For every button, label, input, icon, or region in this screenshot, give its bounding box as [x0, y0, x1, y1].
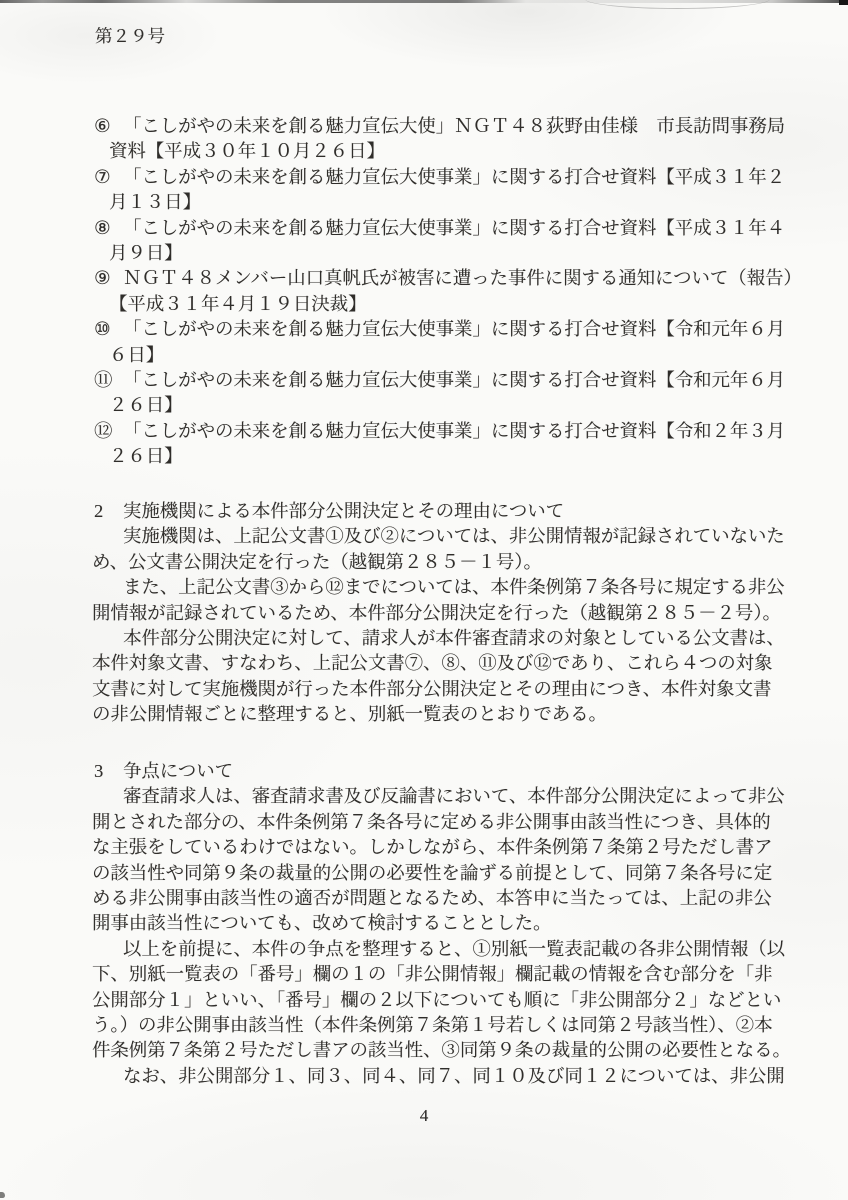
- body-text: 本件部分公開決定に対して、請求人が本件審査請求の対象としている公文書は、: [123, 628, 785, 648]
- list-item: ⑫ 「こしがやの未来を創る魅力宣伝大使事業」に関する打合せ資料【令和２年３月: [92, 419, 812, 444]
- body-line: 以上を前提に、本件の争点を整理すると、①別紙一覧表記載の各非公開情報（以: [92, 937, 812, 962]
- body-line: め、公文書公開決定を行った（越観第２８５－１号）。: [92, 550, 812, 575]
- body-line: の非公開情報ごとに整理すると、別紙一覧表のとおりである。: [92, 702, 812, 727]
- item-text: ＮＧＴ４８メンバー山口真帆氏が被害に遭った事件に関する通知について（報告）: [123, 268, 802, 288]
- item-text: ６日】: [109, 345, 164, 365]
- list-item: ⑥ 「こしがやの未来を創る魅力宣伝大使」ＮＧＴ４８荻野由佳様 市長訪問事務局: [92, 114, 812, 139]
- scanned-document-page: 第２９号 ⑥ 「こしがやの未来を創る魅力宣伝大使」ＮＧＴ４８荻野由佳様 市長訪問…: [0, 0, 848, 1200]
- list-item-continuation: 月９日】: [92, 241, 812, 266]
- list-item: ⑪ 「こしがやの未来を創る魅力宣伝大使事業」に関する打合せ資料【令和元年６月: [92, 368, 812, 393]
- list-item-continuation: ２６日】: [92, 444, 812, 469]
- body-text: め、公文書公開決定を行った（越観第２８５－１号）。: [92, 552, 542, 572]
- body-line: 件条例第７条第２号ただし書アの該当性、③同第９条の裁量的公開の必要性となる。: [92, 1038, 812, 1063]
- item-number: ⑩: [94, 317, 111, 342]
- item-text: 「こしがやの未来を創る魅力宣伝大使事業」に関する打合せ資料【平成３１年２: [123, 167, 785, 187]
- section-number: 2: [94, 499, 103, 524]
- body-text: 開情報が記録されているため、本件部分公開決定を行った（越観第２８５－２号）。: [92, 603, 781, 623]
- body-line: の該当性や同第９条の裁量的公開の必要性を論ずる前提として、同第７条各号に定: [92, 861, 812, 886]
- body-text: の該当性や同第９条の裁量的公開の必要性を論ずる前提として、同第７条各号に定: [92, 863, 772, 883]
- item-number: ⑦: [94, 165, 111, 190]
- scan-corner-artifact: [839, 0, 848, 5]
- body-text: 文書に対して実施機関が行った本件部分公開決定とその理由につき、本件対象文書: [92, 679, 771, 699]
- body-text: 本件対象文書、すなわち、上記公文書⑦、⑧、⑪及び⑫であり、これら４つの対象: [92, 653, 772, 673]
- body-text: なお、非公開部分１、同３、同４、同７、同１０及び同１２については、非公開: [123, 1066, 785, 1086]
- item-text: 「こしがやの未来を創る魅力宣伝大使事業」に関する打合せ資料【令和２年３月: [123, 421, 785, 441]
- item-text: ２６日】: [109, 395, 183, 415]
- body-text: な主張をしているわけではない。しかしながら、本件条例第７条第２号ただし書ア: [92, 837, 772, 857]
- list-item-continuation: ６日】: [92, 343, 812, 368]
- body-line: なお、非公開部分１、同３、同４、同７、同１０及び同１２については、非公開: [92, 1064, 812, 1089]
- item-number: ⑫: [94, 419, 112, 444]
- body-text: 開事由該当性についても、改めて検討することとした。: [92, 913, 551, 933]
- list-item-continuation: 資料【平成３０年１０月２６日】: [92, 139, 812, 164]
- item-text: 月９日】: [109, 243, 183, 263]
- body-line: 開事由該当性についても、改めて検討することとした。: [92, 911, 812, 936]
- body-line: める非公開事由該当性の適否が問題となるため、本答申に当たっては、上記の非公: [92, 886, 812, 911]
- section-heading-text: 実施機関による本件部分公開決定とその理由について: [123, 501, 564, 521]
- body-line: 下、別紙一覧表の「番号」欄の１の「非公開情報」欄記載の情報を含む部分を「非: [92, 962, 812, 987]
- body-line: 文書に対して実施機関が行った本件部分公開決定とその理由につき、本件対象文書: [92, 677, 812, 702]
- body-text: また、上記公文書③から⑫までについては、本件条例第７条各号に規定する非公: [123, 577, 785, 597]
- item-text: ２６日】: [109, 446, 183, 466]
- section-2: 2 実施機関による本件部分公開決定とその理由について 実施機関は、上記公文書①及…: [92, 499, 812, 728]
- body-line: 本件部分公開決定に対して、請求人が本件審査請求の対象としている公文書は、: [92, 626, 812, 651]
- section-number: 3: [94, 759, 103, 784]
- attachment-list: ⑥ 「こしがやの未来を創る魅力宣伝大使」ＮＧＴ４８荻野由佳様 市長訪問事務局 資…: [92, 114, 812, 469]
- body-line: 本件対象文書、すなわち、上記公文書⑦、⑧、⑪及び⑫であり、これら４つの対象: [92, 651, 812, 676]
- body-text: 審査請求人は、審査請求書及び反論書において、本件部分公開決定によって非公: [123, 786, 785, 806]
- body-text: める非公開事由該当性の適否が問題となるため、本答申に当たっては、上記の非公: [92, 888, 772, 908]
- list-item-continuation: 月１３日】: [92, 190, 812, 215]
- list-item: ⑧ 「こしがやの未来を創る魅力宣伝大使事業」に関する打合せ資料【平成３１年４: [92, 216, 812, 241]
- body-line: な主張をしているわけではない。しかしながら、本件条例第７条第２号ただし書ア: [92, 835, 812, 860]
- list-item-continuation: 【平成３１年４月１９日決裁】: [92, 292, 812, 317]
- item-number: ⑧: [94, 216, 111, 241]
- scan-speck-artifact: [0, 1192, 5, 1198]
- item-text: 「こしがやの未来を創る魅力宣伝大使」ＮＧＴ４８荻野由佳様 市長訪問事務局: [123, 116, 785, 136]
- body-text: 件条例第７条第２号ただし書アの該当性、③同第９条の裁量的公開の必要性となる。: [92, 1040, 791, 1060]
- scan-curve-artifact: [585, 0, 770, 9]
- item-text: 「こしがやの未来を創る魅力宣伝大使事業」に関する打合せ資料【平成３１年４: [123, 218, 785, 238]
- item-number: ⑨: [94, 266, 111, 291]
- body-line: 審査請求人は、審査請求書及び反論書において、本件部分公開決定によって非公: [92, 784, 812, 809]
- body-text: の非公開情報ごとに整理すると、別紙一覧表のとおりである。: [92, 704, 607, 724]
- doc-number: 第２９号: [95, 24, 165, 49]
- section-3: 3 争点について 審査請求人は、審査請求書及び反論書において、本件部分公開決定に…: [92, 759, 812, 1089]
- item-text: 資料【平成３０年１０月２６日】: [109, 141, 385, 161]
- item-text: 「こしがやの未来を創る魅力宣伝大使事業」に関する打合せ資料【令和元年６月: [123, 370, 785, 390]
- body-text: 公開部分１」といい、「番号」欄の２以下についても順に「非公開部分２」などとい: [92, 990, 781, 1010]
- list-item: ⑦ 「こしがやの未来を創る魅力宣伝大使事業」に関する打合せ資料【平成３１年２: [92, 165, 812, 190]
- body-text: 下、別紙一覧表の「番号」欄の１の「非公開情報」欄記載の情報を含む部分を「非: [92, 964, 772, 984]
- body-text: 実施機関は、上記公文書①及び②については、非公開情報が記録されていないた: [123, 526, 785, 546]
- item-text: 【平成３１年４月１９日決裁】: [109, 294, 366, 314]
- section-heading-text: 争点について: [123, 761, 233, 781]
- item-number: ⑪: [94, 368, 112, 393]
- body-line: 開情報が記録されているため、本件部分公開決定を行った（越観第２８５－２号）。: [92, 601, 812, 626]
- section-heading: 3 争点について: [92, 759, 812, 784]
- body-line: 実施機関は、上記公文書①及び②については、非公開情報が記録されていないた: [92, 524, 812, 549]
- list-item: ⑨ ＮＧＴ４８メンバー山口真帆氏が被害に遭った事件に関する通知について（報告）: [92, 266, 812, 291]
- body-text: う。）の非公開事由該当性（本件条例第７条第１号若しくは同第２号該当性）、②本: [92, 1015, 772, 1035]
- item-text: 「こしがやの未来を創る魅力宣伝大使事業」に関する打合せ資料【令和元年６月: [123, 319, 785, 339]
- page-number: 4: [0, 1103, 848, 1128]
- body-line: 開とされた部分の、本件条例第７条各号に定める非公開事由該当性につき、具体的: [92, 810, 812, 835]
- body-line: また、上記公文書③から⑫までについては、本件条例第７条各号に規定する非公: [92, 575, 812, 600]
- item-text: 月１３日】: [109, 192, 201, 212]
- body-text: 以上を前提に、本件の争点を整理すると、①別紙一覧表記載の各非公開情報（以: [123, 939, 785, 959]
- body-line: 公開部分１」といい、「番号」欄の２以下についても順に「非公開部分２」などとい: [92, 988, 812, 1013]
- list-item-continuation: ２６日】: [92, 393, 812, 418]
- list-item: ⑩ 「こしがやの未来を創る魅力宣伝大使事業」に関する打合せ資料【令和元年６月: [92, 317, 812, 342]
- body-text: 開とされた部分の、本件条例第７条各号に定める非公開事由該当性につき、具体的: [92, 812, 771, 832]
- body-line: う。）の非公開事由該当性（本件条例第７条第１号若しくは同第２号該当性）、②本: [92, 1013, 812, 1038]
- item-number: ⑥: [94, 114, 111, 139]
- section-heading: 2 実施機関による本件部分公開決定とその理由について: [92, 499, 812, 524]
